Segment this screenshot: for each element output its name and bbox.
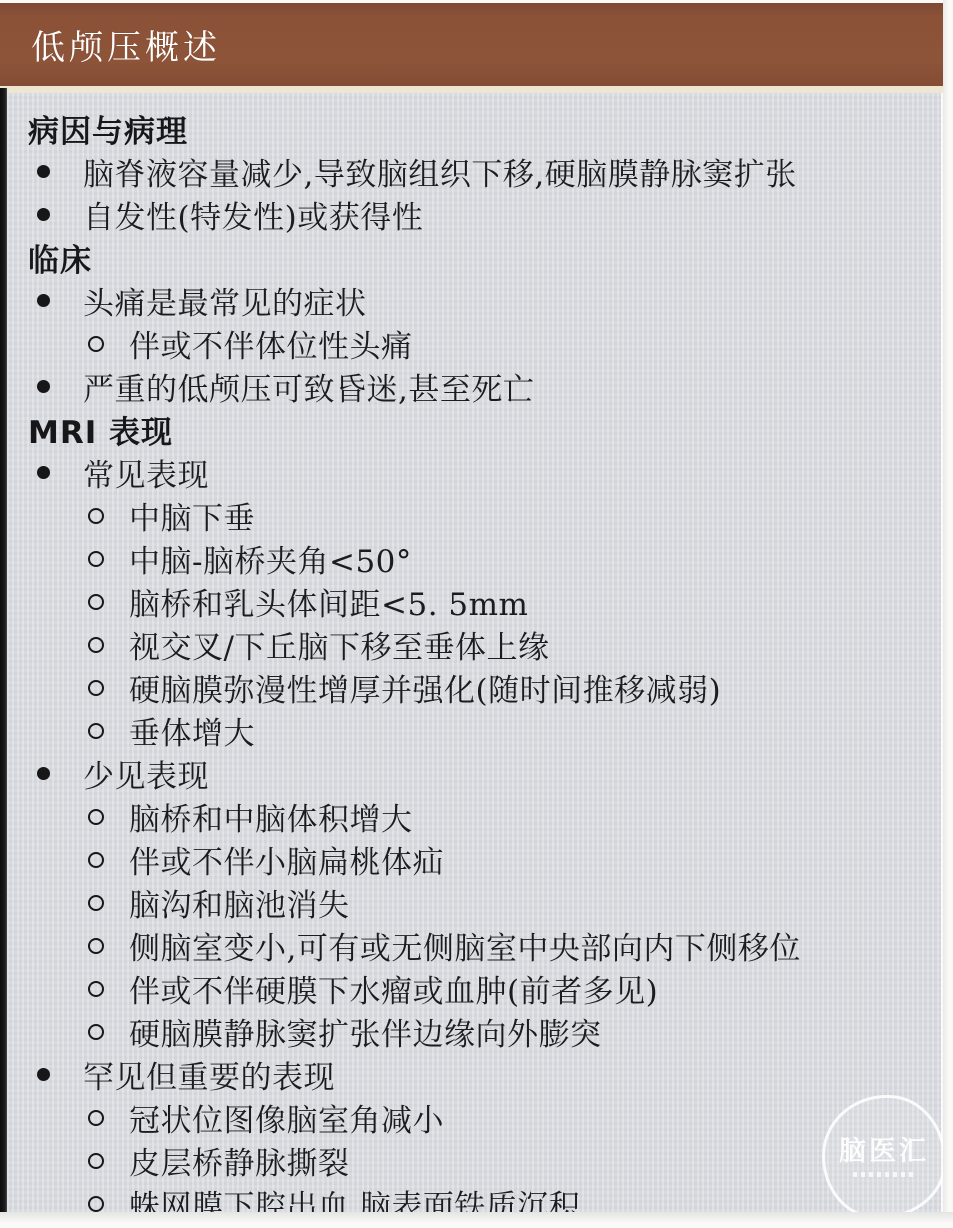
list-item-text: 伴或不伴硬膜下水瘤或血肿(前者多见)	[129, 966, 658, 1011]
list-item-text: 侧脑室变小,可有或无侧脑室中央部向内下侧移位	[129, 923, 801, 968]
list-item-text: 垂体增大	[129, 708, 255, 753]
circle-bullet-icon	[88, 336, 104, 352]
list-item: 罕见但重要的表现	[28, 1053, 941, 1096]
circle-bullet-icon	[88, 508, 104, 524]
section-heading: MRI 表现	[28, 408, 941, 451]
bullet-icon	[37, 294, 50, 307]
circle-bullet-icon	[88, 938, 104, 954]
scan-edge-left	[0, 88, 7, 1212]
list-item: 常见表现	[28, 451, 941, 494]
circle-bullet-icon	[88, 895, 104, 911]
list-item-text: 中脑下垂	[129, 493, 255, 538]
list-item: 冠状位图像脑室角减小	[28, 1096, 941, 1139]
list-item: 脑桥和乳头体间距<5. 5mm	[28, 580, 941, 623]
header-underline	[0, 86, 943, 93]
list-item: 中脑下垂	[28, 494, 941, 537]
list-item: 脑桥和中脑体积增大	[28, 795, 941, 838]
list-item: 伴或不伴体位性头痛	[28, 322, 941, 365]
watermark-label: 脑医汇	[839, 1138, 929, 1165]
watermark-badge: 脑医汇	[822, 1095, 946, 1219]
list-item-text: 视交叉/下丘脑下移至垂体上缘	[129, 622, 549, 667]
bullet-icon	[37, 767, 50, 780]
list-item: 伴或不伴小脑扁桃体疝	[28, 838, 941, 881]
circle-bullet-icon	[88, 1153, 104, 1169]
circle-bullet-icon	[88, 852, 104, 868]
page-title: 低颅压概述	[31, 20, 221, 69]
circle-bullet-icon	[88, 680, 104, 696]
list-item-text: 常见表现	[83, 450, 209, 495]
section-heading: 病因与病理	[28, 107, 941, 150]
list-item-text: 自发性(特发性)或获得性	[83, 192, 423, 237]
list-item: 脑脊液容量减少,导致脑组织下移,硬脑膜静脉窦扩张	[28, 150, 941, 193]
bullet-icon	[37, 165, 50, 178]
list-item: 伴或不伴硬膜下水瘤或血肿(前者多见)	[28, 967, 941, 1010]
list-item-text: 硬脑膜静脉窦扩张伴边缘向外膨突	[129, 1009, 602, 1054]
list-item: 自发性(特发性)或获得性	[28, 193, 941, 236]
content: 病因与病理脑脊液容量减少,导致脑组织下移,硬脑膜静脉窦扩张自发性(特发性)或获得…	[7, 93, 941, 1212]
circle-bullet-icon	[88, 809, 104, 825]
list-item-text: 脑沟和脑池消失	[129, 880, 350, 925]
list-item-text: 罕见但重要的表现	[83, 1052, 335, 1097]
circle-bullet-icon	[88, 637, 104, 653]
list-item: 硬脑膜静脉窦扩张伴边缘向外膨突	[28, 1010, 941, 1053]
scan-margin-bottom	[0, 1212, 953, 1228]
list-item: 视交叉/下丘脑下移至垂体上缘	[28, 623, 941, 666]
scanned-document-page: 低颅压概述 病因与病理脑脊液容量减少,导致脑组织下移,硬脑膜静脉窦扩张自发性(特…	[0, 0, 953, 1228]
list-item: 垂体增大	[28, 709, 941, 752]
scan-margin-right	[943, 0, 953, 1228]
bullet-icon	[37, 380, 50, 393]
list-item: 硬脑膜弥漫性增厚并强化(随时间推移减弱)	[28, 666, 941, 709]
circle-bullet-icon	[88, 981, 104, 997]
list-item-text: 脑桥和中脑体积增大	[129, 794, 413, 839]
list-item: 脑沟和脑池消失	[28, 881, 941, 924]
section-heading: 临床	[28, 236, 941, 279]
list-item: 严重的低颅压可致昏迷,甚至死亡	[28, 365, 941, 408]
circle-bullet-icon	[88, 1024, 104, 1040]
list-item: 侧脑室变小,可有或无侧脑室中央部向内下侧移位	[28, 924, 941, 967]
list-item-text: 硬脑膜弥漫性增厚并强化(随时间推移减弱)	[129, 665, 721, 710]
list-item: 中脑-脑桥夹角<50°	[28, 537, 941, 580]
list-item-text: 脑脊液容量减少,导致脑组织下移,硬脑膜静脉窦扩张	[83, 149, 797, 194]
list-item: 皮层桥静脉撕裂	[28, 1139, 941, 1182]
watermark-subtext-dots	[853, 1172, 915, 1177]
list-item-text: 脑桥和乳头体间距<5. 5mm	[129, 579, 528, 624]
circle-bullet-icon	[88, 1110, 104, 1126]
bullet-icon	[37, 1068, 50, 1081]
circle-bullet-icon	[88, 594, 104, 610]
list-item-text: 头痛是最常见的症状	[83, 278, 367, 323]
circle-bullet-icon	[88, 723, 104, 739]
list-item: 头痛是最常见的症状	[28, 279, 941, 322]
list-item-text: 冠状位图像脑室角减小	[129, 1095, 444, 1140]
list-item-text: 伴或不伴小脑扁桃体疝	[129, 837, 444, 882]
bullet-icon	[37, 466, 50, 479]
list-item-text: 少见表现	[83, 751, 209, 796]
list-item-text: 伴或不伴体位性头痛	[129, 321, 413, 366]
circle-bullet-icon	[88, 551, 104, 567]
bullet-icon	[37, 208, 50, 221]
list-item-text: 皮层桥静脉撕裂	[129, 1138, 350, 1183]
circle-bullet-icon	[88, 1196, 104, 1212]
list-item-text: 中脑-脑桥夹角<50°	[129, 536, 412, 581]
document-header-bar: 低颅压概述	[0, 3, 943, 86]
list-item-text: 严重的低颅压可致昏迷,甚至死亡	[83, 364, 534, 409]
list-item: 少见表现	[28, 752, 941, 795]
